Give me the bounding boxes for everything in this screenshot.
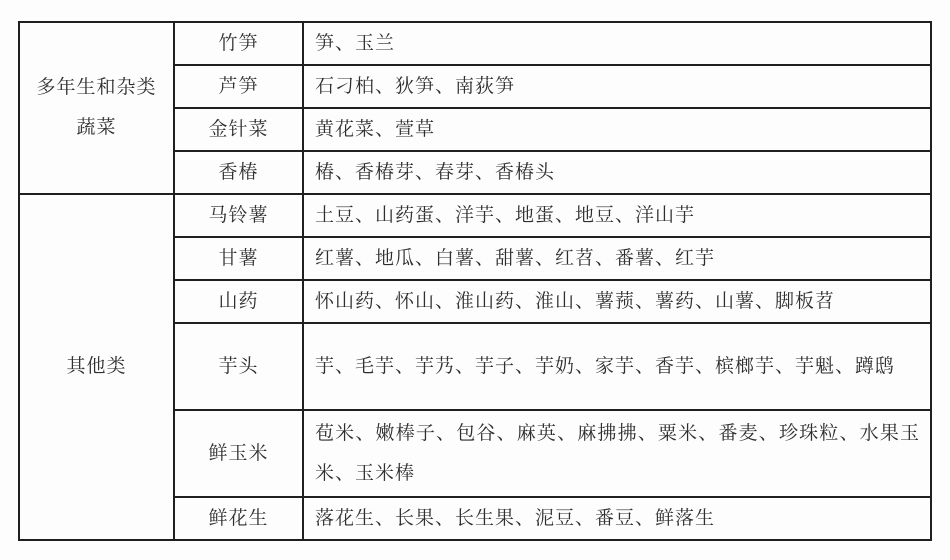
table-row: 多年生和杂类 蔬菜 竹笋 笋、玉兰 (19, 22, 931, 65)
document-page: 多年生和杂类 蔬菜 竹笋 笋、玉兰 芦笋 石刁柏、狄笋、南荻笋 金针菜 黄花菜、… (0, 0, 950, 560)
aliases-cell-jinzhencai: 黄花菜、萱草 (303, 108, 931, 151)
aliases-cell-malingshu: 土豆、山药蛋、洋芋、地蛋、地豆、洋山芋 (303, 194, 931, 237)
aliases-cell-yutou: 芋、毛芋、芋艿、芋子、芋奶、家芋、香芋、槟榔芋、芋魁、蹲鸱 (303, 323, 931, 410)
aliases-cell-xianhuasheng: 落花生、长果、长生果、泥豆、番豆、鲜落生 (303, 497, 931, 540)
aliases-cell-zhusun: 笋、玉兰 (303, 22, 931, 65)
vegetable-alias-table: 多年生和杂类 蔬菜 竹笋 笋、玉兰 芦笋 石刁柏、狄笋、南荻笋 金针菜 黄花菜、… (18, 21, 932, 541)
subcategory-cell-xiangchun: 香椿 (174, 151, 303, 194)
aliases-cell-lusun: 石刁柏、狄笋、南荻笋 (303, 65, 931, 108)
subcategory-cell-xianyumi: 鲜玉米 (174, 410, 303, 497)
subcategory-cell-ganshu: 甘薯 (174, 237, 303, 280)
subcategory-cell-yutou: 芋头 (174, 323, 303, 410)
subcategory-cell-shanyao: 山药 (174, 280, 303, 323)
aliases-cell-xiangchun: 椿、香椿芽、春芽、香椿头 (303, 151, 931, 194)
category-cell-other: 其他类 (19, 194, 174, 540)
subcategory-cell-jinzhencai: 金针菜 (174, 108, 303, 151)
table-row: 其他类 马铃薯 土豆、山药蛋、洋芋、地蛋、地豆、洋山芋 (19, 194, 931, 237)
aliases-cell-shanyao: 怀山药、怀山、淮山药、淮山、薯蓣、薯药、山薯、脚板苕 (303, 280, 931, 323)
subcategory-cell-zhusun: 竹笋 (174, 22, 303, 65)
subcategory-cell-lusun: 芦笋 (174, 65, 303, 108)
aliases-cell-ganshu: 红薯、地瓜、白薯、甜薯、红苕、番薯、红芋 (303, 237, 931, 280)
subcategory-cell-malingshu: 马铃薯 (174, 194, 303, 237)
subcategory-cell-xianhuasheng: 鲜花生 (174, 497, 303, 540)
aliases-cell-xianyumi: 苞米、嫩棒子、包谷、麻英、麻拂拂、粟米、番麦、珍珠粒、水果玉米、玉米棒 (303, 410, 931, 497)
category-cell-perennial-misc: 多年生和杂类 蔬菜 (19, 22, 174, 194)
